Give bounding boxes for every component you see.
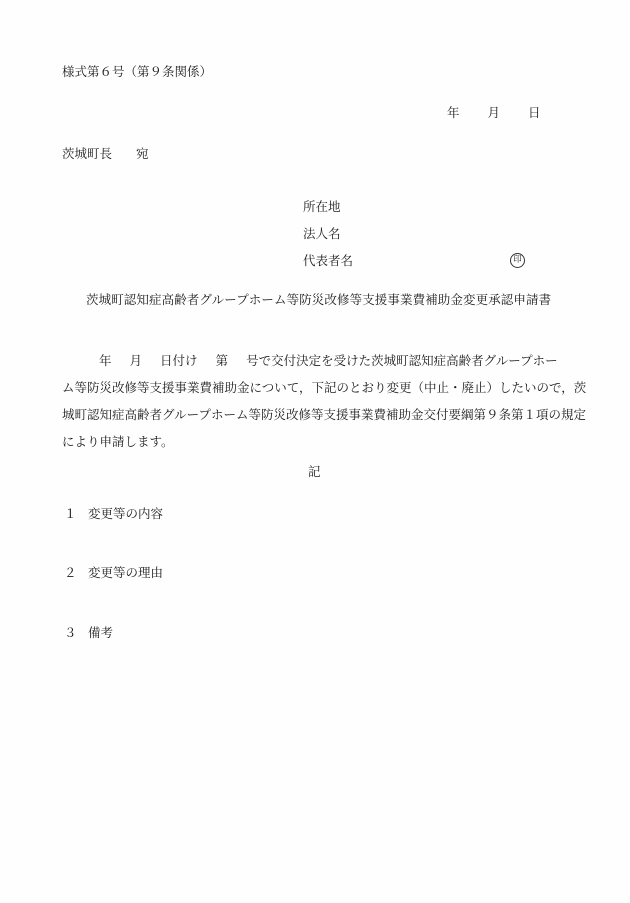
- item-number: ３: [64, 627, 88, 640]
- seal-icon: 印: [510, 253, 525, 268]
- body-month-label: 月: [130, 353, 143, 368]
- item-number: ２: [64, 567, 88, 580]
- item-number: １: [64, 508, 88, 521]
- date-year-label: 年: [447, 107, 460, 120]
- record-heading: 記: [308, 466, 321, 479]
- addressee-name: 茨城町長: [62, 146, 112, 161]
- date-month-label: 月: [488, 107, 501, 120]
- body-year-label: 年: [99, 353, 112, 368]
- body-dated-label: 日付け: [160, 353, 198, 368]
- body-line-2: ム等防災改修等支援事業費補助金について，下記のとおり変更（中止・廃止）したいので…: [62, 374, 562, 401]
- date-line: 年月日: [447, 107, 541, 120]
- addressee: 茨城町長宛: [62, 148, 149, 161]
- document-title: 茨城町認知症高齢者グループホーム等防災改修等支援事業費補助金変更承認申請書: [86, 294, 551, 307]
- applicant-representative-label: 代表者名: [303, 255, 353, 268]
- body-line-1: 年月日付け第号で交付決定を受けた茨城町認知症高齢者グループホー: [62, 347, 562, 374]
- body-line-4: により申請します。: [62, 428, 562, 455]
- item-label: 変更等の内容: [88, 506, 163, 521]
- body-number-label: 第: [216, 353, 229, 368]
- item-change-content: １変更等の内容: [64, 508, 163, 521]
- applicant-corporation-label: 法人名: [303, 228, 341, 241]
- body-line-1-rest: 号で交付決定を受けた茨城町認知症高齢者グループホー: [246, 353, 558, 368]
- date-day-label: 日: [528, 107, 541, 120]
- addressee-suffix: 宛: [136, 146, 149, 161]
- item-change-reason: ２変更等の理由: [64, 567, 163, 580]
- item-label: 備考: [88, 625, 113, 640]
- item-label: 変更等の理由: [88, 565, 163, 580]
- body-line-3: 城町認知症高齢者グループホーム等防災改修等支援事業費補助金交付要綱第９条第１項の…: [62, 401, 562, 428]
- item-remarks: ３備考: [64, 627, 113, 640]
- applicant-address-label: 所在地: [303, 201, 341, 214]
- form-number: 様式第６号（第９条関係）: [62, 66, 212, 79]
- body-paragraph: 年月日付け第号で交付決定を受けた茨城町認知症高齢者グループホー ム等防災改修等支…: [62, 347, 562, 455]
